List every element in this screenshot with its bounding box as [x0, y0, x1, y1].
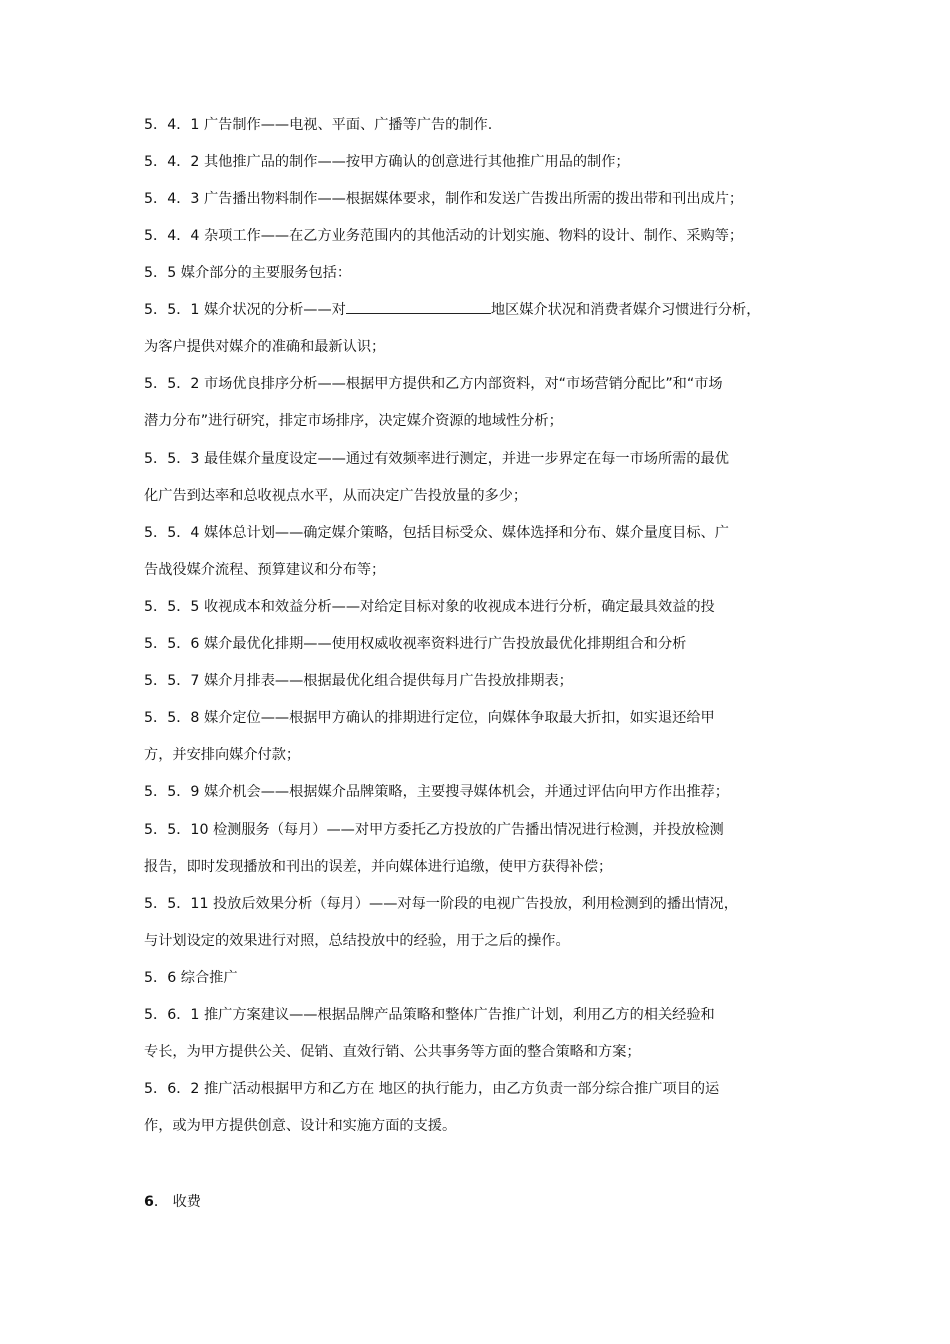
clause-5-5-2-cont: 潜力分布”进行研究，排定市场排序，决定媒介资源的地域性分析； [144, 411, 563, 431]
clause-5-4-4: 5．4．4 杂项工作——在乙方业务范围内的其他活动的计划实施、物料的设计、制作、… [144, 226, 743, 246]
clause-5-4-3: 5．4．3 广告播出物料制作——根据媒体要求，制作和发送广告拨出所需的拨出带和刊… [144, 189, 743, 209]
section-6-separator: ． [154, 1194, 168, 1210]
document-page: 5．4．1 广告制作——电视、平面、广播等广告的制作. 5．4．2 其他推广品的… [0, 0, 950, 1344]
clause-5-5-7: 5．5．7 媒介月排表——根据最优化组合提供每月广告投放排期表； [144, 671, 573, 691]
clause-5-6-2-cont: 作，或为甲方提供创意、设计和实施方面的支援。 [144, 1116, 456, 1136]
section-6-heading: 6． 收费 [144, 1192, 201, 1212]
clause-5-5-11-cont: 与计划设定的效果进行对照，总结投放中的经验，用于之后的操作。 [144, 931, 570, 951]
clause-5-5-8: 5．5．8 媒介定位——根据甲方确认的排期进行定位，向媒体争取最大折扣，如实退还… [144, 708, 715, 728]
clause-5-5-4: 5．5．4 媒体总计划——确定媒介策略，包括目标受众、媒体选择和分布、媒介量度目… [144, 523, 729, 543]
clause-5-5-6: 5．5．6 媒介最优化排期——使用权威收视率资料进行广告投放最优化排期组合和分析 [144, 634, 686, 654]
clause-5-5-11: 5．5．11 投放后效果分析（每月）——对每一阶段的电视广告投放，利用检测到的播… [144, 894, 738, 914]
region-blank-field[interactable] [346, 300, 491, 314]
clause-5-5-3: 5．5．3 最佳媒介量度设定——通过有效频率进行测定，并进一步界定在每一市场所需… [144, 449, 729, 469]
clause-5-5-1-suffix: 地区媒介状况和消费者媒介习惯进行分析， [491, 302, 761, 318]
clause-5-5-4-cont: 告战役媒介流程、预算建议和分布等； [144, 560, 385, 580]
clause-5-5-5: 5．5．5 收视成本和效益分析——对给定目标对象的收视成本进行分析，确定最具效益… [144, 597, 715, 617]
clause-5-5-1: 5．5．1 媒介状况的分析——对地区媒介状况和消费者媒介习惯进行分析， [144, 300, 760, 320]
clause-5-5-10: 5．5．10 检测服务（每月）——对甲方委托乙方投放的广告播出情况进行检测，并投… [144, 820, 724, 840]
clause-5-5-3-cont: 化广告到达率和总收视点水平，从而决定广告投放量的多少； [144, 486, 527, 506]
clause-5-5-8-cont: 方，并安排向媒介付款； [144, 745, 300, 765]
section-6-number: 6 [144, 1194, 154, 1210]
clause-5-6-2: 5．6．2 推广活动根据甲方和乙方在 地区的执行能力，由乙方负责一部分综合推广项… [144, 1079, 719, 1099]
clause-5-6-1: 5．6．1 推广方案建议——根据品牌产品策略和整体广告推广计划，利用乙方的相关经… [144, 1005, 715, 1025]
clause-5-6-1-cont: 专长，为甲方提供公关、促销、直效行销、公共事务等方面的整合策略和方案； [144, 1042, 641, 1062]
clause-5-5-10-cont: 报告，即时发现播放和刊出的误差，并向媒体进行追缴，使甲方获得补偿； [144, 857, 612, 877]
section-6-title: 收费 [168, 1194, 201, 1210]
clause-5-5-2: 5．5．2 市场优良排序分析——根据甲方提供和乙方内部资料，对“市场营销分配比”… [144, 374, 723, 394]
heading-5-6: 5．6 综合推广 [144, 968, 238, 988]
clause-5-4-2: 5．4．2 其他推广品的制作——按甲方确认的创意进行其他推广用品的制作； [144, 152, 630, 172]
clause-5-5-1-cont: 为客户提供对媒介的准确和最新认识； [144, 337, 385, 357]
clause-5-5-1-prefix: 5．5．1 媒介状况的分析——对 [144, 302, 346, 318]
clause-5-5-9: 5．5．9 媒介机会——根据媒介品牌策略，主要搜寻媒体机会，并通过评估向甲方作出… [144, 782, 729, 802]
heading-5-5: 5．5 媒介部分的主要服务包括： [144, 263, 351, 283]
clause-5-4-1: 5．4．1 广告制作——电视、平面、广播等广告的制作. [144, 115, 492, 135]
